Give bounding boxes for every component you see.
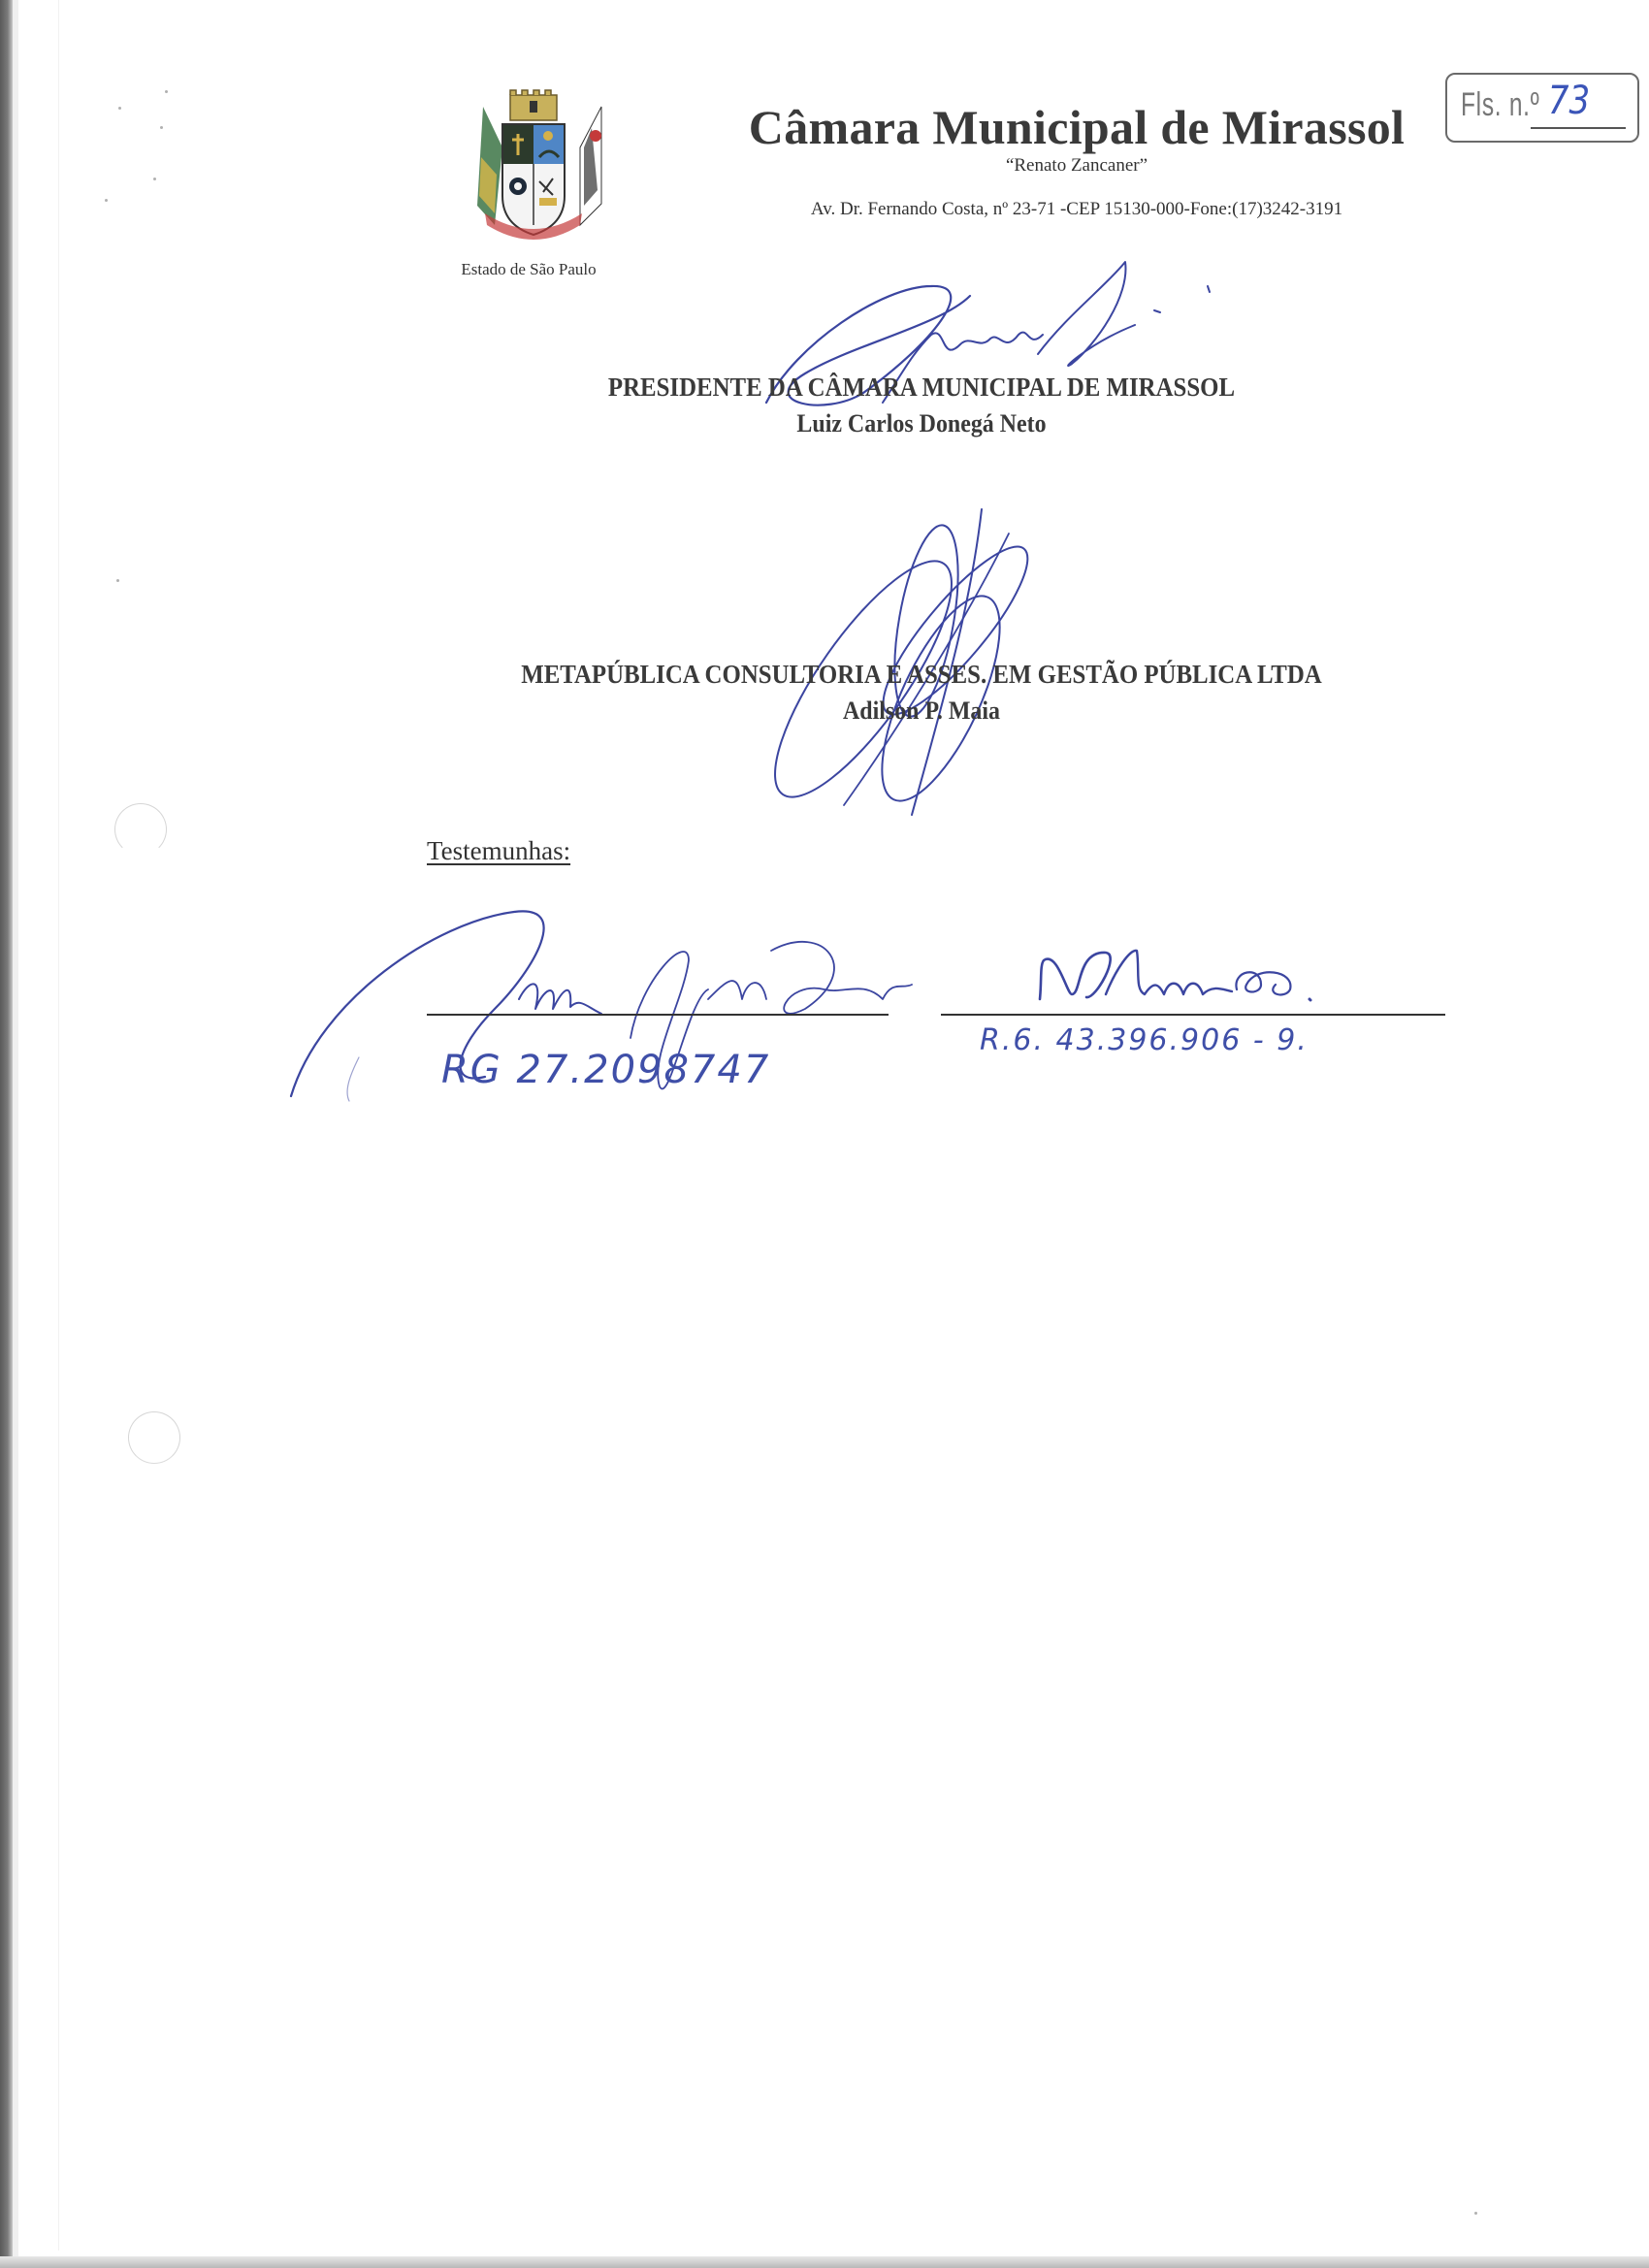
signatory-name: Luiz Carlos Donegá Neto [431,409,1412,438]
scan-speck [118,107,121,110]
witnesses-label: Testemunhas: [427,836,570,866]
scan-speck [1474,2212,1477,2215]
scan-fold-line [58,0,59,2251]
signatory-role: PRESIDENTE DA CÂMARA MUNICIPAL DE MIRASS… [431,373,1412,403]
page-stamp-label: Fls. n.º [1461,86,1539,124]
page-number-stamp: Fls. n.º 73 [1445,73,1639,143]
scan-speck [153,178,156,180]
witness-id: RG 27.2098747 [441,1048,770,1092]
witness-signature-line [941,1014,1445,1016]
signatory-name: Adilson P. Maia [431,697,1412,726]
witness-signature-line [427,1014,889,1016]
institution-title: Câmara Municipal de Mirassol [718,99,1436,155]
scan-speck [105,199,108,202]
signatory-role: METAPÚBLICA CONSULTORIA E ASSES. EM GEST… [431,660,1412,690]
signature-witness-2-icon [1028,941,1358,1014]
scan-speck [160,126,163,129]
institution-subtitle: “Renato Zancaner” [718,155,1436,177]
scan-edge-bottom [0,2256,1649,2268]
scan-speck [116,579,119,582]
punch-hole-top [114,803,167,856]
punch-hole-bottom [128,1411,180,1464]
institution-address: Av. Dr. Fernando Costa, nº 23-71 -CEP 15… [718,199,1436,220]
coat-of-arms-icon [456,89,611,244]
scan-edge-left [0,0,13,2268]
page-stamp-underline [1531,127,1626,129]
page-stamp-value: 73 [1548,79,1590,123]
scan-speck [165,90,168,93]
state-label: Estado de São Paulo [427,260,630,279]
scan-edge-shadow [13,0,18,2268]
witness-id: R.6. 43.396.906 - 9. [980,1023,1309,1057]
